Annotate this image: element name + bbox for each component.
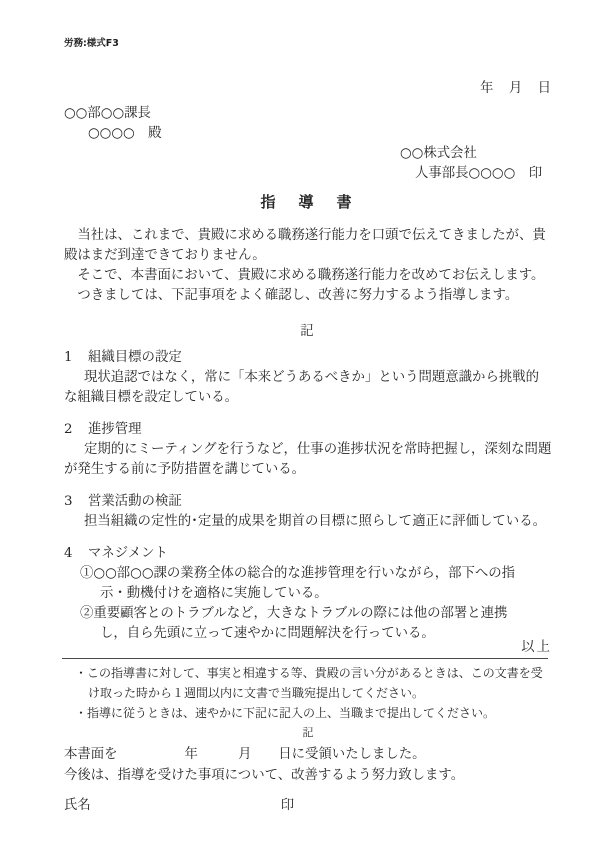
guidance-document-page: 労務:様式F3 年 月 日 ○○部○○課長 ○○○○ 殿 ○○株式会社 人事部長… <box>0 0 600 856</box>
item-heading: 1 組織目標の設定 <box>64 348 552 368</box>
notes-block: ・この指導書に対して、事実と相違する等、貴殿の言い分があるときは、この文書を受け… <box>64 659 600 723</box>
intro-paragraph: つきましては、下記事項をよく確認し、改善に努力するよう指導します。 <box>64 286 552 306</box>
intro-paragraph: そこで、本書面において、貴殿に求める職務遂行能力を改めてお伝えします。 <box>64 266 552 286</box>
item-body: 現状追認ではなく，常に「本来どうあるべきか」という問題意識から挑戦的な組織目標を… <box>64 368 552 408</box>
sender-person-seal: 人事部長○○○○ 印 <box>400 164 600 184</box>
item-number: 2 <box>64 420 88 440</box>
note-bullet: ・ <box>75 666 87 680</box>
ki-heading-small: 記 <box>64 726 552 740</box>
item-heading: 4 マネジメント <box>64 544 552 564</box>
intro-paragraph: 当社は、これまで、貴殿に求める職務遂行能力を口頭で伝えてきましたが、貴殿はまだ到… <box>64 226 552 266</box>
recipient-block: ○○部○○課長 ○○○○ 殿 <box>64 104 600 144</box>
item-body: 担当組織の定性的･定量的成果を期首の目標に照らして適正に評価している。 <box>64 512 552 532</box>
item-body: 定期的にミーティングを行うなど，仕事の進捗状況を常時把握し，深刻な問題が発生する… <box>64 440 552 480</box>
seal-label: 印 <box>281 798 294 813</box>
item-title: マネジメント <box>88 544 168 564</box>
signature-row: 氏名印 <box>64 796 600 816</box>
note-text: 指導に従うときは、速やかに下記に記入の上、当職まで提出してください。 <box>87 706 495 720</box>
item-title: 組織目標の設定 <box>88 348 182 368</box>
item-title: 進捗管理 <box>88 420 142 440</box>
item-number: 3 <box>64 492 88 512</box>
sender-company: ○○株式会社 <box>400 144 600 164</box>
form-code-label: 労務:様式F3 <box>64 38 600 50</box>
pledge-line: 今後は、指導を受けた事項について、改善するよう努力致します。 <box>64 765 600 786</box>
date-line: 年 月 日 <box>64 80 558 98</box>
receipt-date-line: 本書面を 年 月 日に受領いたしました。 <box>64 744 600 765</box>
sender-block: ○○株式会社 人事部長○○○○ 印 <box>400 144 600 184</box>
list-item-4: 4 マネジメント ①○○部○○課の業務全体の総合的な進捗管理を行いながら，部下へ… <box>64 544 552 644</box>
note-item: ・この指導書に対して、事実と相違する等、貴殿の言い分があるときは、この文書を受け… <box>88 663 548 703</box>
note-text: この指導書に対して、事実と相違する等、貴殿の言い分があるときは、この文書を受け取… <box>87 666 543 700</box>
item-heading: 3 営業活動の検証 <box>64 492 552 512</box>
recipient-name: ○○○○ 殿 <box>64 124 600 144</box>
sub-item-2: ②重要顧客とのトラブルなど，大きなトラブルの際には他の部署と連携し，自ら先頭に立… <box>100 604 530 644</box>
recipient-department: ○○部○○課長 <box>64 104 600 124</box>
document-title: 指 導 書 <box>64 192 552 212</box>
name-label: 氏名 <box>64 798 91 813</box>
item-number: 4 <box>64 544 88 564</box>
intro-paragraphs: 当社は、これまで、貴殿に求める職務遂行能力を口頭で伝えてきましたが、貴殿はまだ到… <box>64 226 552 306</box>
ki-heading: 記 <box>64 322 552 342</box>
item-number: 1 <box>64 348 88 368</box>
list-item-2: 2 進捗管理 定期的にミーティングを行うなど，仕事の進捗状況を常時把握し，深刻な… <box>64 420 552 480</box>
sub-item-1: ①○○部○○課の業務全体の総合的な進捗管理を行いながら，部下への指示・動機付けを… <box>100 564 530 604</box>
note-item: ・指導に従うときは、速やかに下記に記入の上、当職まで提出してください。 <box>88 703 548 723</box>
list-item-1: 1 組織目標の設定 現状追認ではなく，常に「本来どうあるべきか」という問題意識か… <box>64 348 552 408</box>
list-item-3: 3 営業活動の検証 担当組織の定性的･定量的成果を期首の目標に照らして適正に評価… <box>64 492 552 532</box>
note-bullet: ・ <box>75 706 87 720</box>
item-title: 営業活動の検証 <box>88 492 182 512</box>
item-heading: 2 進捗管理 <box>64 420 552 440</box>
